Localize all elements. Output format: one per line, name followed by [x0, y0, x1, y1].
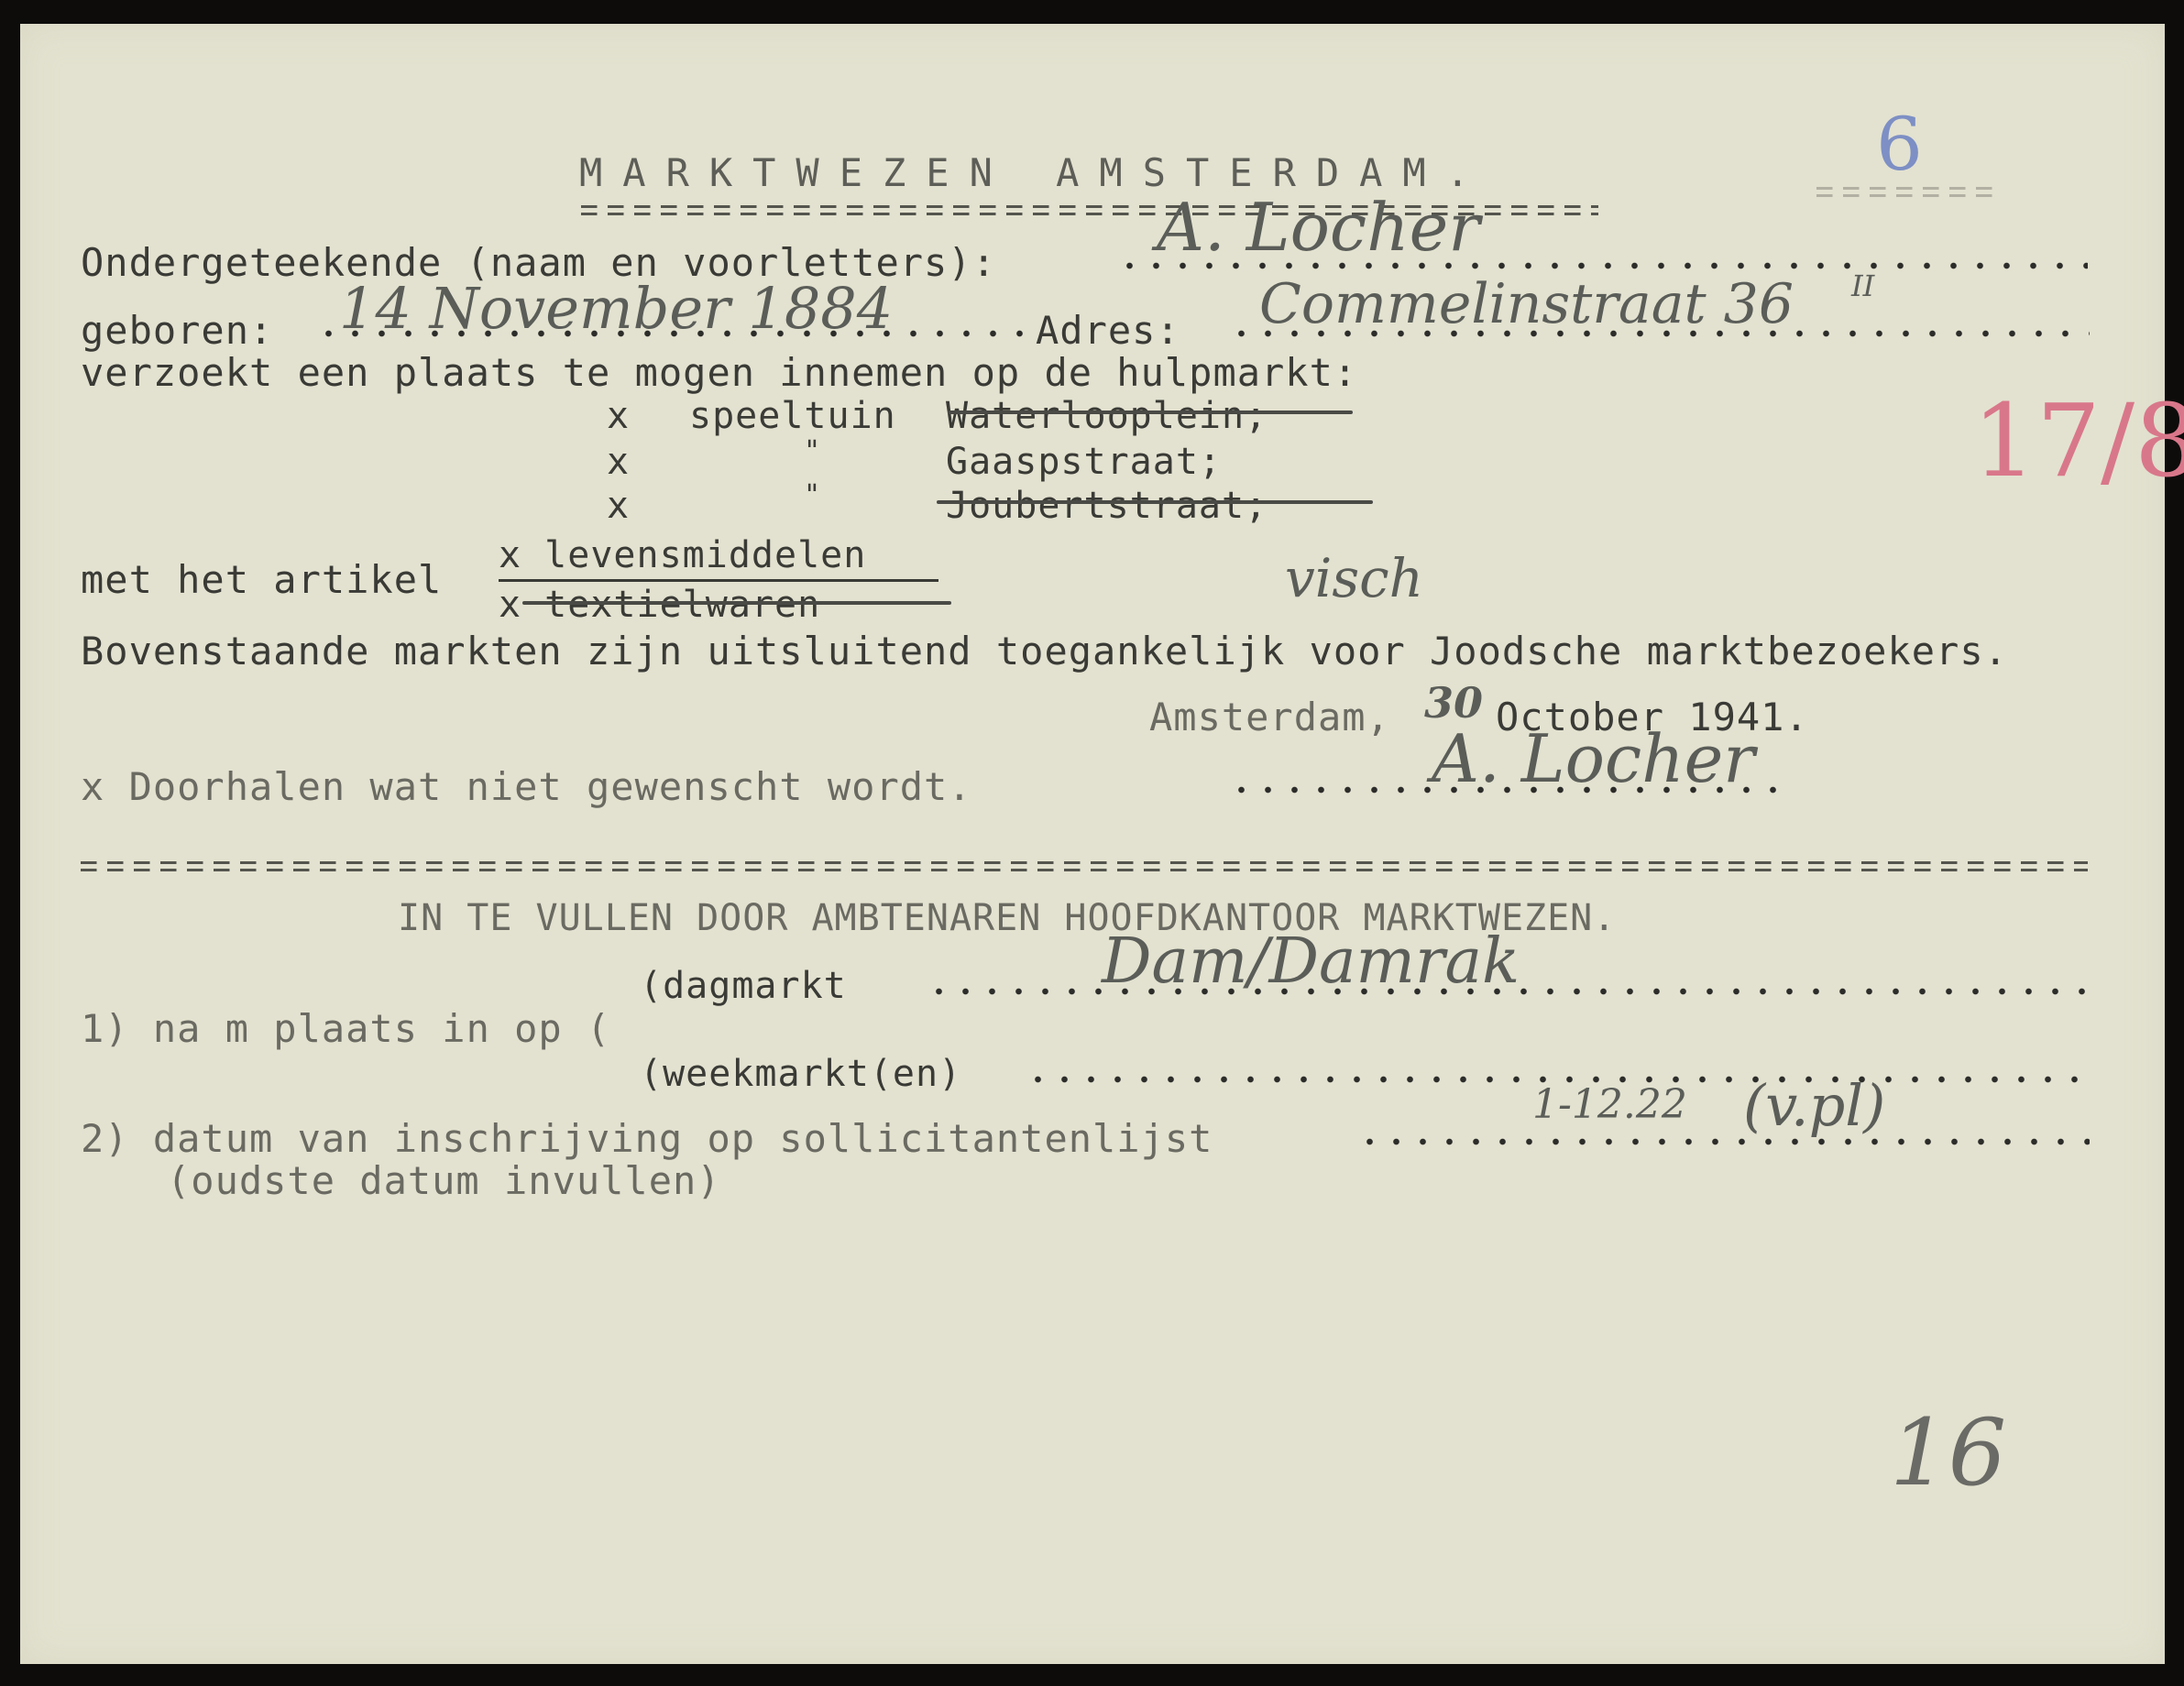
- article-label: met het artikel: [81, 561, 442, 599]
- document-title: MARKTWEZEN AMSTERDAM.: [579, 154, 1489, 192]
- annotation-bottom-number: 16: [1890, 1407, 2006, 1499]
- market-option-joubertstraat: Joubertstraat;: [946, 487, 1268, 524]
- item2-label: 2) datum van inschrijving op sollicitant…: [81, 1120, 1213, 1158]
- strikethrough: [948, 411, 1353, 414]
- request-text: verzoekt een plaats te mogen innemen op …: [81, 354, 1357, 392]
- strikethrough: [522, 601, 951, 605]
- weekmarkt-label: (weekmarkt(en): [640, 1056, 961, 1092]
- item1-label: 1) na m plaats in op (: [81, 1010, 610, 1048]
- annotation-red-number: 17/8: [1972, 390, 2184, 491]
- name-value-handwritten: A. Locher: [1157, 194, 1480, 260]
- section-divider: [81, 859, 2088, 872]
- strikethrough: [937, 500, 1373, 504]
- footnote-text: x Doorhalen wat niet gewenscht wordt.: [81, 768, 972, 806]
- market-mark: x: [607, 398, 630, 434]
- market-option-waterlooplein: Waterlooplein;: [946, 398, 1268, 434]
- item2-note-handwritten: (v.pl): [1743, 1078, 1885, 1134]
- address-value-handwritten: Commelinstraat 36: [1259, 277, 1794, 332]
- address-label: Adres:: [1036, 312, 1180, 350]
- fraction-line: [499, 579, 938, 582]
- article-handwritten: visch: [1285, 552, 1423, 605]
- dagmarkt-label: (dagmarkt: [640, 968, 847, 1004]
- item2-dotted-line: [1356, 1138, 2090, 1145]
- stray-marks: [1816, 185, 2000, 198]
- place-label: Amsterdam,: [1149, 698, 1390, 737]
- article-option-textielwaren: x textielwaren: [499, 586, 820, 623]
- address-floor-handwritten: II: [1851, 271, 1874, 301]
- market-mark: x: [607, 487, 630, 524]
- market-prefix-ditto: ": [804, 482, 821, 509]
- born-label: geboren:: [81, 312, 273, 350]
- registration-card: MARKTWEZEN AMSTERDAM. 6 Ondergeteekende …: [20, 24, 2165, 1664]
- notice-text: Bovenstaande markten zijn uitsluitend to…: [81, 632, 2008, 671]
- item2-date-handwritten: 1-12.22: [1532, 1085, 1687, 1125]
- born-value-handwritten: 14 November 1884: [339, 280, 893, 337]
- market-option-gaaspstraat: Gaaspstraat;: [946, 443, 1222, 480]
- market-prefix: speeltuin: [689, 398, 896, 434]
- market-mark: x: [607, 443, 630, 480]
- article-option-levensmiddelen: x levensmiddelen: [499, 537, 866, 574]
- annotation-blue-number: 6: [1876, 108, 1923, 181]
- date-day-handwritten: 30: [1424, 682, 1483, 724]
- dagmarkt-value-handwritten: Dam/Damrak: [1102, 931, 1520, 993]
- item2-sub-label: (oudste datum invullen): [167, 1162, 721, 1200]
- signature-handwritten: A. Locher: [1432, 726, 1755, 792]
- market-prefix-ditto: ": [804, 438, 821, 465]
